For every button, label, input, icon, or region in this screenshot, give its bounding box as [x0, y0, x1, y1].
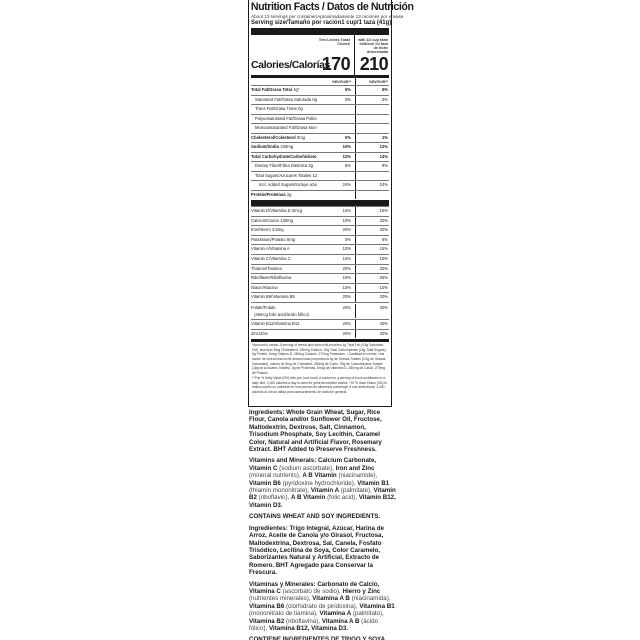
nutrient-source-detail: (palmitate),	[341, 487, 372, 494]
dv-cereal	[317, 124, 352, 133]
nutrient-source-name: Vitamina B2	[249, 618, 284, 625]
vitamin-row: Zinc/Zinc20%20%	[251, 329, 389, 339]
dv-with-milk: 25%	[355, 274, 389, 283]
calories-block: Calories/Calorías Tres Leches Toast Crun…	[251, 35, 389, 75]
vitamin-row: Niacin/Niacina10%10%	[251, 283, 389, 293]
dv-cereal: 24%	[317, 181, 352, 190]
dv-with-milk: 24%	[355, 181, 389, 190]
nutrient-name: Monounsaturated Fat/Grasa Monoinsaturada…	[251, 124, 317, 133]
nutrient-row: Polyunsaturated Fat/Grasa Poliinsaturada…	[251, 114, 389, 124]
nutrient-name: Total Sugars/Azúcares Totales 12g	[251, 172, 317, 181]
vitamin-label: Vitamin A/Vitamina A	[251, 246, 290, 251]
dv-with-milk: 20%	[355, 293, 389, 302]
vitamin-label: Vitamin D/Vitamina D	[251, 208, 291, 213]
dv-with-milk: 8%	[355, 162, 389, 171]
dv-cereal: 10%	[317, 245, 352, 254]
vitamin-row: Calcium/Calcio 130mg10%20%	[251, 216, 389, 226]
dv-cereal: 12%	[317, 153, 352, 162]
dv-cereal: 20%	[317, 226, 352, 235]
ingredients-text: Whole Grain Wheat, Sugar, Rice Flour, Ca…	[249, 409, 382, 453]
serving-size-row: Serving size/Tamaño por ración 1 cup/1 t…	[249, 20, 391, 27]
vitamin-label: Potassium/Potasio	[251, 237, 286, 242]
nutrient-source-detail: (niacinamida),	[352, 595, 391, 602]
vitamins-minerals-label: Vitaminas y Minerales:	[249, 581, 316, 588]
vitamin-row: Riboflavin/Riboflavina10%25%	[251, 273, 389, 283]
nutrient-name: Total Fat/Grasa Total 4g*	[251, 86, 317, 95]
vitamin-label: Calcium/Calcio	[251, 218, 279, 223]
dv-cereal: 20%	[317, 304, 352, 318]
nutrient-source-detail: (palmitato),	[353, 610, 384, 617]
ingredients-label: Ingredients:	[249, 409, 284, 416]
dv-cereal: 10%	[317, 217, 352, 226]
dv-with-milk: 12%	[355, 143, 389, 152]
nutrient-source-name: Carbonato de Calcio,	[317, 581, 379, 588]
nutrient-label: Trans Fat/Grasa Trans	[255, 106, 297, 111]
dv-with-milk: 20%	[355, 217, 389, 226]
daily-value-header: %DV/%VD** %DV/%VD**	[251, 78, 389, 85]
vitamin-label: Zinc/Zinc	[251, 331, 268, 336]
dv-with-milk	[355, 115, 389, 124]
dv-cereal: 0%	[317, 236, 352, 245]
dv-cereal: 10%	[317, 143, 352, 152]
nutrient-name: Sodium/Sodio 230mg	[251, 143, 317, 152]
nutrient-label: Total Fat/Grasa Total	[251, 87, 292, 92]
nutrient-source-detail: (mineral nutrients),	[249, 472, 301, 479]
ingredients-english: Ingredients: Whole Grain Wheat, Sugar, R…	[249, 409, 397, 453]
nutrient-amount: 0mg	[297, 135, 305, 140]
dv-with-milk: 20%	[355, 304, 389, 318]
allergen-statement-english: CONTAINS WHEAT AND SOY INGREDIENTS.	[249, 513, 397, 520]
dv-cereal: 20%	[317, 320, 352, 329]
column-header-with-milk: with 1/2 cup skim milk/con 1/2 taza de l…	[355, 35, 389, 54]
nutrient-source-detail: (clorhidrato de piridoxina),	[286, 603, 358, 610]
nutrient-name: Protein/Proteínas 2g	[251, 191, 317, 200]
vitamin-label: Thiamin/Tiamina	[251, 266, 282, 271]
vitamin-label: Vitamin B12/Vitamina B12	[251, 321, 300, 326]
nutrient-name: Total Carbohydrate/Carbohidrato Total 33…	[251, 153, 317, 162]
nutrient-source-name: Vitamina B12, Vitamina D3.	[269, 625, 348, 632]
calories-value-cereal: 170	[322, 55, 350, 73]
vitamin-name: Vitamin D/Vitamina D 2mcg	[251, 207, 317, 216]
dv-cereal: 10%	[317, 207, 352, 216]
nutrient-source-name: Vitamina B6	[249, 603, 284, 610]
dv-with-milk: 20%	[355, 265, 389, 274]
nutrient-source-detail: (folic acid),	[327, 494, 357, 501]
nutrient-row: Total Fat/Grasa Total 4g*5%5%	[251, 85, 389, 95]
vitamin-name: Vitamin B12/Vitamina B12	[251, 320, 317, 329]
allergen-statement-spanish: CONTIENE INGREDIENTES DE TRIGO Y SOYA.	[249, 636, 397, 640]
dv-header-with-milk: %DV/%VD**	[355, 78, 389, 85]
nutrient-source-detail: (riboflavin),	[259, 494, 290, 501]
nutrient-source-detail: (thiamin mononitrate),	[249, 487, 309, 494]
nutrient-source-name: Calcium Carbonate,	[318, 457, 376, 464]
nutrient-source-name: Vitamina A B	[322, 618, 360, 625]
vitamin-name: Calcium/Calcio 130mg	[251, 217, 317, 226]
dv-cereal: 8%	[317, 162, 352, 171]
nutrient-source-name: Vitamin A	[311, 487, 339, 494]
dv-with-milk: 10%	[355, 284, 389, 293]
dv-with-milk	[355, 105, 389, 114]
thick-divider	[251, 28, 389, 35]
nutrient-source-name: Vitamina A	[320, 610, 352, 617]
dv-with-milk	[355, 191, 389, 200]
serving-size-label: Serving size/Tamaño por ración	[251, 20, 341, 27]
nutrient-label: Total Carbohydrate/Carbohidrato Total	[251, 154, 317, 159]
vitamins-minerals-label: Vitamins and Minerals:	[249, 457, 316, 464]
nutrient-label: Dietary Fiber/Fibra Dietética	[255, 163, 307, 168]
vitamin-label: Folate/Folato	[251, 305, 275, 310]
vitamin-name: Vitamin C/Vitamina C	[251, 255, 317, 264]
nutrient-amount: 0g	[298, 106, 303, 111]
label-title: Nutrition Facts / Datos de Nutrición	[249, 0, 381, 14]
vitamin-list: Vitamin D/Vitamina D 2mcg10%15%Calcium/C…	[249, 206, 391, 338]
nutrient-row: Trans Fat/Grasa Trans 0g	[251, 104, 389, 114]
dv-cereal: 20%	[317, 293, 352, 302]
vitamin-row: Vitamin B6/Vitamina B620%20%	[251, 292, 389, 302]
dv-cereal: 0%	[317, 96, 352, 105]
nutrient-row: Monounsaturated Fat/Grasa Monoinsaturada…	[251, 123, 389, 133]
dv-cereal: 5%	[317, 86, 352, 95]
nutrient-name: Cholesterol/Colesterol 0mg	[251, 134, 317, 143]
dv-cereal: 10%	[317, 284, 352, 293]
nutrient-amount: 2g	[287, 192, 292, 197]
dv-cereal: 10%	[317, 274, 352, 283]
dv-cereal: 10%	[317, 255, 352, 264]
vitamin-name: Vitamin A/Vitamina A	[251, 245, 317, 254]
nutrient-label: Saturated Fat/Grasa Saturada	[255, 97, 311, 102]
ingredientes-label: Ingredientes:	[249, 525, 288, 532]
nutrient-row: Cholesterol/Colesterol 0mg0%1%	[251, 133, 389, 143]
nutrient-row: Protein/Proteínas 2g	[251, 190, 389, 200]
vitamin-subnote: (45mcg folic acid/ácido fólico)	[251, 311, 317, 318]
nutrient-row: Incl. Added Sugars/Incluye azúcares añad…	[251, 180, 389, 190]
dv-cereal: 20%	[317, 330, 352, 339]
dv-cereal	[317, 191, 352, 200]
nutrient-label: Monounsaturated Fat/Grasa Monoinsaturada	[255, 125, 317, 130]
dv-with-milk: 15%	[355, 245, 389, 254]
nutrient-label: Protein/Proteínas	[251, 192, 286, 197]
dv-with-milk: 20%	[355, 226, 389, 235]
nutrient-name: Incl. Added Sugars/Incluye azúcares añad…	[251, 181, 317, 190]
nutrient-label: Total Sugars/Azúcares Totales	[255, 173, 311, 178]
nutrient-name: Dietary Fiber/Fibra Dietética 2g	[251, 162, 317, 171]
ingredients-section: Ingredients: Whole Grain Wheat, Sugar, R…	[249, 409, 397, 640]
dv-cereal: 20%	[317, 265, 352, 274]
nutrient-row: Total Carbohydrate/Carbohidrato Total 33…	[251, 152, 389, 162]
nutrient-source-name: Vitamin B1	[357, 480, 389, 487]
nutrient-source-detail: (mononitrato de tiamina),	[249, 610, 318, 617]
nutrient-name: Polyunsaturated Fat/Grasa Poliinsaturada…	[251, 115, 317, 124]
vitamin-label: Riboflavin/Riboflavina	[251, 275, 291, 280]
vitamin-row: Potassium/Potasio 0mg0%6%	[251, 235, 389, 245]
dv-with-milk: 15%	[355, 207, 389, 216]
nutrient-source-name: Vitamin C	[249, 465, 277, 472]
nutrient-amount: 2g	[308, 163, 313, 168]
vitamins-minerals-spanish: Vitaminas y Minerales: Carbonato de Calc…	[249, 581, 397, 633]
vitamin-name: Folate/Folato(45mcg folic acid/ácido fól…	[251, 304, 317, 318]
nutrient-row: Dietary Fiber/Fibra Dietética 2g8%8%	[251, 161, 389, 171]
dv-cereal: 0%	[317, 134, 352, 143]
vitamin-name: Potassium/Potasio 0mg	[251, 236, 317, 245]
dv-with-milk: 10%	[355, 255, 389, 264]
vitamin-amount: 130mg	[280, 218, 293, 223]
vitamin-name: Niacin/Niacina	[251, 284, 317, 293]
nutrient-source-detail: (riboflavina),	[286, 618, 320, 625]
dv-cereal	[317, 172, 352, 181]
nutrient-amount: 4g*	[293, 87, 299, 92]
vitamin-label: Vitamin C/Vitamina C	[251, 256, 291, 261]
nutrient-row: Saturated Fat/Grasa Saturada 0g0%3%	[251, 95, 389, 105]
nutrient-label: Cholesterol/Colesterol	[251, 135, 296, 140]
footnote-amount-in-cereal: *Amount in cereal. A serving of cereal p…	[252, 343, 388, 375]
nutrient-row: Sodium/Sodio 230mg10%12%	[251, 142, 389, 152]
dv-with-milk	[355, 172, 389, 181]
nutrition-facts-panel: Nutrition Facts / Datos de Nutrición Abo…	[248, 0, 392, 407]
nutrient-name: Trans Fat/Grasa Trans 0g	[251, 105, 317, 114]
nutrient-label: Polyunsaturated Fat/Grasa Poliinsaturada	[255, 116, 317, 121]
vitamin-amount: 2mcg	[292, 208, 302, 213]
serving-size-value: 1 cup/1 taza (41g)	[341, 20, 391, 27]
dv-with-milk: 3%	[355, 96, 389, 105]
vitamin-name: Iron/Hierro 3.6mg	[251, 226, 317, 235]
vitamins-minerals-english: Vitamins and Minerals: Calcium Carbonate…	[249, 457, 397, 509]
nutrient-name: Saturated Fat/Grasa Saturada 0g	[251, 96, 317, 105]
vitamin-label: Vitamin B6/Vitamina B6	[251, 294, 295, 299]
nutrient-source-name: Hierro y Zinc	[342, 588, 380, 595]
dv-with-milk: 1%	[355, 134, 389, 143]
vitamin-row: Vitamin C/Vitamina C10%10%	[251, 254, 389, 264]
vitamin-amount: 0mg	[287, 237, 295, 242]
dv-with-milk: 5%	[355, 86, 389, 95]
ingredients-spanish: Ingredientes: Trigo Integral, Azúcar, Ha…	[249, 525, 397, 577]
vitamin-name: Riboflavin/Riboflavina	[251, 274, 317, 283]
dv-with-milk: 14%	[355, 153, 389, 162]
dv-header-cereal: %DV/%VD**	[317, 80, 352, 84]
nutrient-source-detail: (nutrientes minerales),	[249, 595, 311, 602]
nutrient-source-name: Iron and Zinc	[336, 465, 375, 472]
nutrient-source-detail: (pyridoxine hydrochloride),	[283, 480, 356, 487]
vitamin-label: Iron/Hierro	[251, 227, 271, 232]
vitamin-name: Thiamin/Tiamina	[251, 265, 317, 274]
vitamin-row: Folate/Folato(45mcg folic acid/ácido fól…	[251, 302, 389, 319]
nutrient-source-name: Vitamin B6	[249, 480, 281, 487]
vitamin-row: Vitamin A/Vitamina A10%15%	[251, 244, 389, 254]
dv-with-milk: 6%	[355, 236, 389, 245]
vitamin-row: Thiamin/Tiamina20%20%	[251, 264, 389, 274]
nutrient-source-detail: (ascorbato de sodio),	[283, 588, 341, 595]
nutrient-amount: 230mg	[280, 144, 293, 149]
calories-column-cereal: Tres Leches Toast Crunch 170	[316, 35, 351, 75]
nutrient-source-name: Vitamina C	[249, 588, 281, 595]
dv-cereal	[317, 115, 352, 124]
column-header-cereal: Tres Leches Toast Crunch	[316, 35, 351, 46]
dv-with-milk	[355, 124, 389, 133]
calories-value-with-milk: 210	[360, 55, 388, 73]
vitamin-row: Vitamin D/Vitamina D 2mcg10%15%	[251, 206, 389, 216]
nutrient-label: Sodium/Sodio	[251, 144, 279, 149]
dv-cereal	[317, 105, 352, 114]
vitamin-row: Iron/Hierro 3.6mg20%20%	[251, 225, 389, 235]
nutrient-source-name: Vitamina B1	[359, 603, 394, 610]
nutrient-label: Incl. Added Sugars/Incluye azúcares añad…	[259, 182, 317, 187]
footnote-daily-value: **The % Daily Value (DV) tells you how m…	[252, 376, 388, 394]
ingredientes-text: Trigo Integral, Azúcar, Harina de Arroz,…	[249, 525, 384, 576]
vitamin-label: Niacin/Niacina	[251, 285, 278, 290]
nutrient-source-name: A B Vitamin	[291, 494, 325, 501]
dv-with-milk: 40%	[355, 320, 389, 329]
vitamin-amount: 3.6mg	[272, 227, 284, 232]
vitamin-row: Vitamin B12/Vitamina B1220%40%	[251, 319, 389, 329]
vitamin-name: Zinc/Zinc	[251, 330, 317, 339]
nutrient-source-name: Vitamina A B	[312, 595, 350, 602]
dv-with-milk: 20%	[355, 330, 389, 339]
calories-column-with-milk: with 1/2 cup skim milk/con 1/2 taza de l…	[354, 35, 389, 75]
nutrient-list: Total Fat/Grasa Total 4g*5%5%Saturated F…	[249, 85, 391, 199]
nutrient-row: Total Sugars/Azúcares Totales 12g	[251, 171, 389, 181]
footnotes: *Amount in cereal. A serving of cereal p…	[249, 342, 391, 395]
vitamin-name: Vitamin B6/Vitamina B6	[251, 293, 317, 302]
nutrient-source-detail: (sodium ascorbate),	[279, 465, 334, 472]
nutrient-source-detail: (niacinamide),	[338, 472, 377, 479]
nutrient-source-name: A B Vitamin	[302, 472, 336, 479]
